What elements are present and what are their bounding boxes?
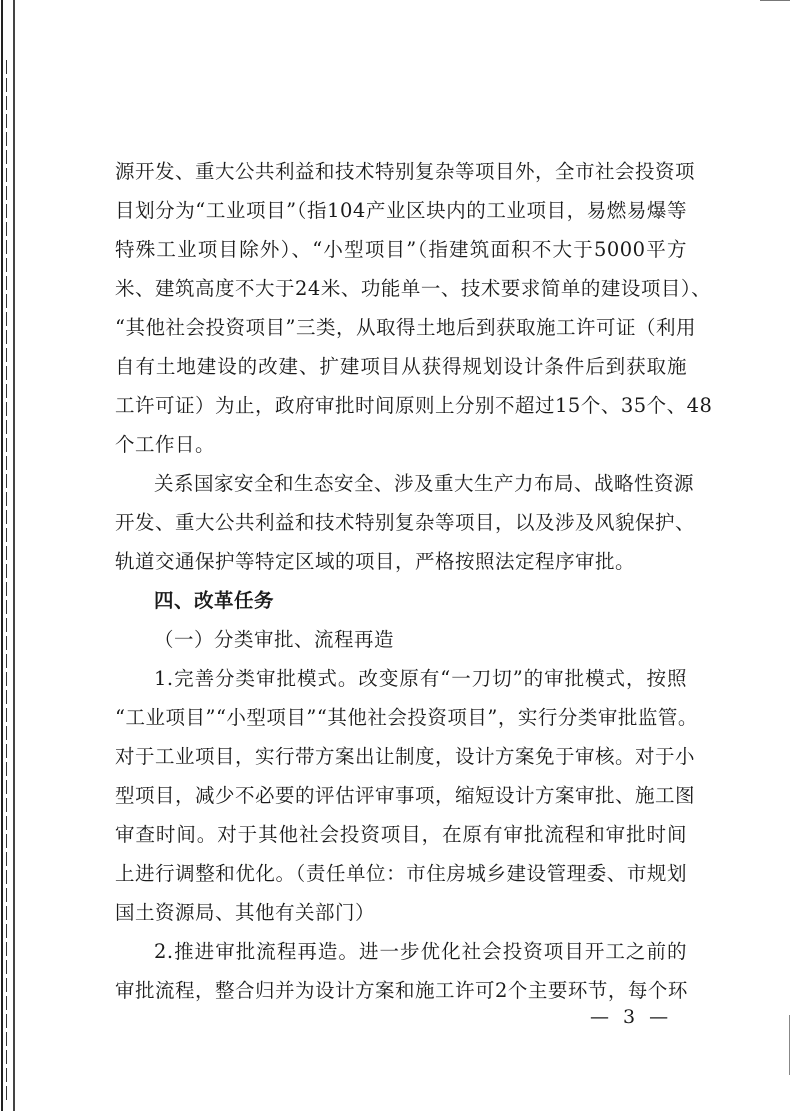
paragraph-line: 自有土地建设的改建、扩建项目从获得规划设计条件后到获取施 (115, 347, 687, 386)
scan-line (1, 0, 3, 1111)
scan-edge-left (0, 0, 16, 1111)
paragraph-line: 米、建筑高度不大于24米、功能单一、技术要求简单的建设项目）、 (115, 269, 687, 308)
paragraph-line: “工业项目”“小型项目”“其他社会投资项目”，实行分类审批监管。 (115, 698, 687, 737)
paragraph-line: 审批流程，整合归并为设计方案和施工许可2个主要环节，每个环 (115, 971, 687, 1010)
section-heading: 四、改革任务 (115, 581, 687, 620)
paragraph-line: 上进行调整和优化。（责任单位：市住房城乡建设管理委、市规划 (115, 854, 687, 893)
paragraph-line: 对于工业项目，实行带方案出让制度，设计方案免于审核。对于小 (115, 737, 687, 776)
paragraph-line: 关系国家安全和生态安全、涉及重大生产力布局、战略性资源 (115, 464, 687, 503)
scan-mark (760, 0, 790, 1)
paragraph-line: 源开发、重大公共利益和技术特别复杂等项目外，全市社会投资项 (115, 152, 687, 191)
paragraph-line: 审查时间。对于其他社会投资项目，在原有审批流程和审批时间 (115, 815, 687, 854)
paragraph-line: 2.推进审批流程再造。进一步优化社会投资项目开工之前的 (115, 932, 687, 971)
paragraph-line: “其他社会投资项目”三类，从取得土地后到获取施工许可证（利用 (115, 308, 687, 347)
scan-line (6, 60, 7, 1100)
paragraph-line: 国土资源局、其他有关部门） (115, 893, 687, 932)
paragraph-line: 轨道交通保护等特定区域的项目，严格按照法定程序审批。 (115, 542, 687, 581)
paragraph-line: 开发、重大公共利益和技术特别复杂等项目，以及涉及风貌保护、 (115, 503, 687, 542)
paragraph-line: 型项目，减少不必要的评估评审事项，缩短设计方案审批、施工图 (115, 776, 687, 815)
document-body: 源开发、重大公共利益和技术特别复杂等项目外，全市社会投资项 目划分为“工业项目”… (115, 152, 687, 1010)
paragraph-line: 个工作日。 (115, 425, 687, 464)
paragraph-line: 目划分为“工业项目”（指104产业区块内的工业项目，易燃易爆等 (115, 191, 687, 230)
paragraph-line: 特殊工业项目除外）、“小型项目”（指建筑面积不大于5000平方 (115, 230, 687, 269)
page-number: — 3 — (590, 1006, 672, 1028)
scan-line (13, 0, 15, 1111)
paragraph-line: 工许可证）为止，政府审批时间原则上分别不超过15个、35个、48 (115, 386, 687, 425)
subsection-heading: （一）分类审批、流程再造 (115, 620, 687, 659)
paragraph-line: 1.完善分类审批模式。改变原有“一刀切”的审批模式，按照 (115, 659, 687, 698)
